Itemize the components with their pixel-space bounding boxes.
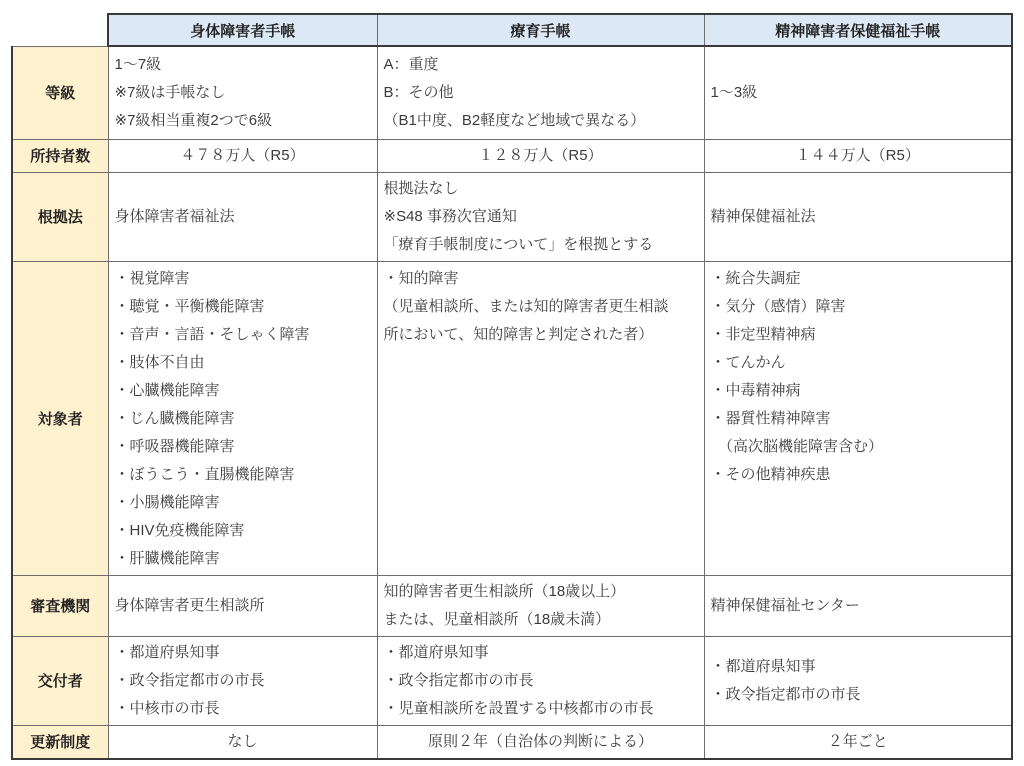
- row-label: 審査機関: [12, 575, 108, 636]
- table-row: 対象者・視覚障害・聴覚・平衡機能障害・音声・言語・そしゃく障害・肢体不自由・心臓…: [12, 261, 1012, 575]
- cell-line: ・器質性精神障害: [711, 405, 1006, 433]
- cell-line: ・心臓機能障害: [115, 377, 371, 405]
- cell-line: ・その他精神疾患: [711, 461, 1006, 489]
- row-label: 交付者: [12, 636, 108, 725]
- cell-line: 原則２年（自治体の判断による）: [384, 728, 698, 756]
- table-cell: ・都道府県知事・政令指定都市の市長: [704, 636, 1012, 725]
- cell-line: ・都道府県知事: [384, 639, 698, 667]
- comparison-table: 身体障害者手帳 療育手帳 精神障害者保健福祉手帳 等級1～7級※7級は手帳なし※…: [11, 13, 1013, 760]
- table-row: 等級1～7級※7級は手帳なし※7級相当重複2つで6級A：重度B：その他（B1中度…: [12, 46, 1012, 139]
- cell-line: 根拠法なし: [384, 175, 698, 203]
- cell-line: （高次脳機能障害含む）: [711, 433, 1006, 461]
- header-row: 身体障害者手帳 療育手帳 精神障害者保健福祉手帳: [12, 14, 1012, 46]
- table-cell: 知的障害者更生相談所（18歳以上）または、児童相談所（18歳未満）: [377, 575, 704, 636]
- table-row: 審査機関身体障害者更生相談所知的障害者更生相談所（18歳以上）または、児童相談所…: [12, 575, 1012, 636]
- cell-line: 精神保健福祉センター: [711, 592, 1006, 620]
- cell-line: ・肢体不自由: [115, 349, 371, 377]
- table-cell: 身体障害者福祉法: [108, 172, 377, 261]
- table-cell: １２８万人（R5）: [377, 139, 704, 172]
- column-header-physical: 身体障害者手帳: [108, 14, 377, 46]
- cell-line: （B1中度、B2軽度など地域で異なる）: [384, 107, 698, 135]
- table-cell: A：重度B：その他（B1中度、B2軽度など地域で異なる）: [377, 46, 704, 139]
- table-cell: ・統合失調症・気分（感情）障害・非定型精神病・てんかん・中毒精神病・器質性精神障…: [704, 261, 1012, 575]
- cell-line: 知的障害者更生相談所（18歳以上）: [384, 578, 698, 606]
- cell-line: B：その他: [384, 79, 698, 107]
- row-label: 根拠法: [12, 172, 108, 261]
- cell-line: ・非定型精神病: [711, 321, 1006, 349]
- cell-line: ・政令指定都市の市長: [711, 681, 1006, 709]
- cell-line: ・呼吸器機能障害: [115, 433, 371, 461]
- cell-line: ※7級相当重複2つで6級: [115, 107, 371, 135]
- cell-line: ・中毒精神病: [711, 377, 1006, 405]
- row-label: 所持者数: [12, 139, 108, 172]
- cell-line: ・統合失調症: [711, 265, 1006, 293]
- table-row: 所持者数４７８万人（R5）１２８万人（R5）１４４万人（R5）: [12, 139, 1012, 172]
- table-cell: 精神保健福祉法: [704, 172, 1012, 261]
- cell-line: （児童相談所、または知的障害者更生相談: [384, 293, 698, 321]
- cell-line: ・聴覚・平衡機能障害: [115, 293, 371, 321]
- cell-line: １４４万人（R5）: [711, 142, 1006, 170]
- cell-line: ・都道府県知事: [711, 653, 1006, 681]
- table-cell: ４７８万人（R5）: [108, 139, 377, 172]
- cell-line: ・中核市の市長: [115, 695, 371, 723]
- cell-line: または、児童相談所（18歳未満）: [384, 606, 698, 634]
- cell-line: １２８万人（R5）: [384, 142, 698, 170]
- cell-line: ２年ごと: [711, 728, 1006, 756]
- cell-line: 1～7級: [115, 51, 371, 79]
- cell-line: 精神保健福祉法: [711, 203, 1006, 231]
- cell-line: ・小腸機能障害: [115, 489, 371, 517]
- cell-line: ・政令指定都市の市長: [384, 667, 698, 695]
- table-row: 交付者・都道府県知事・政令指定都市の市長・中核市の市長・都道府県知事・政令指定都…: [12, 636, 1012, 725]
- table-cell: １４４万人（R5）: [704, 139, 1012, 172]
- cell-line: ・肝臓機能障害: [115, 545, 371, 573]
- table-cell: 根拠法なし※S48 事務次官通知「療育手帳制度について」を根拠とする: [377, 172, 704, 261]
- corner-cell: [12, 14, 108, 46]
- table-cell: ２年ごと: [704, 725, 1012, 759]
- cell-line: 所において、知的障害と判定された者）: [384, 321, 698, 349]
- cell-line: ４７８万人（R5）: [115, 142, 371, 170]
- row-label: 更新制度: [12, 725, 108, 759]
- table-cell: ・都道府県知事・政令指定都市の市長・中核市の市長: [108, 636, 377, 725]
- cell-line: ・政令指定都市の市長: [115, 667, 371, 695]
- cell-line: なし: [115, 728, 371, 756]
- cell-line: ※S48 事務次官通知: [384, 203, 698, 231]
- cell-line: ・音声・言語・そしゃく障害: [115, 321, 371, 349]
- cell-line: 1～3級: [711, 79, 1006, 107]
- table-cell: ・視覚障害・聴覚・平衡機能障害・音声・言語・そしゃく障害・肢体不自由・心臓機能障…: [108, 261, 377, 575]
- cell-line: ・ぼうこう・直腸機能障害: [115, 461, 371, 489]
- cell-line: 「療育手帳制度について」を根拠とする: [384, 231, 698, 259]
- cell-line: ・じん臓機能障害: [115, 405, 371, 433]
- row-label: 等級: [12, 46, 108, 139]
- cell-line: A：重度: [384, 51, 698, 79]
- row-label: 対象者: [12, 261, 108, 575]
- cell-line: ・HIV免疫機能障害: [115, 517, 371, 545]
- table-cell: 1～3級: [704, 46, 1012, 139]
- table-body: 等級1～7級※7級は手帳なし※7級相当重複2つで6級A：重度B：その他（B1中度…: [12, 46, 1012, 759]
- table-cell: 1～7級※7級は手帳なし※7級相当重複2つで6級: [108, 46, 377, 139]
- column-header-mental: 精神障害者保健福祉手帳: [704, 14, 1012, 46]
- column-header-rehabilitation: 療育手帳: [377, 14, 704, 46]
- table-cell: 身体障害者更生相談所: [108, 575, 377, 636]
- table-row: 更新制度なし原則２年（自治体の判断による）２年ごと: [12, 725, 1012, 759]
- table-cell: 精神保健福祉センター: [704, 575, 1012, 636]
- cell-line: ・てんかん: [711, 349, 1006, 377]
- cell-line: ※7級は手帳なし: [115, 79, 371, 107]
- table-cell: ・都道府県知事・政令指定都市の市長・児童相談所を設置する中核都市の市長: [377, 636, 704, 725]
- cell-line: ・児童相談所を設置する中核都市の市長: [384, 695, 698, 723]
- cell-line: ・視覚障害: [115, 265, 371, 293]
- cell-line: 身体障害者更生相談所: [115, 592, 371, 620]
- table-cell: ・知的障害（児童相談所、または知的障害者更生相談所において、知的障害と判定された…: [377, 261, 704, 575]
- cell-line: 身体障害者福祉法: [115, 203, 371, 231]
- table-cell: 原則２年（自治体の判断による）: [377, 725, 704, 759]
- table-row: 根拠法身体障害者福祉法根拠法なし※S48 事務次官通知「療育手帳制度について」を…: [12, 172, 1012, 261]
- cell-line: ・知的障害: [384, 265, 698, 293]
- cell-line: ・都道府県知事: [115, 639, 371, 667]
- table-cell: なし: [108, 725, 377, 759]
- cell-line: ・気分（感情）障害: [711, 293, 1006, 321]
